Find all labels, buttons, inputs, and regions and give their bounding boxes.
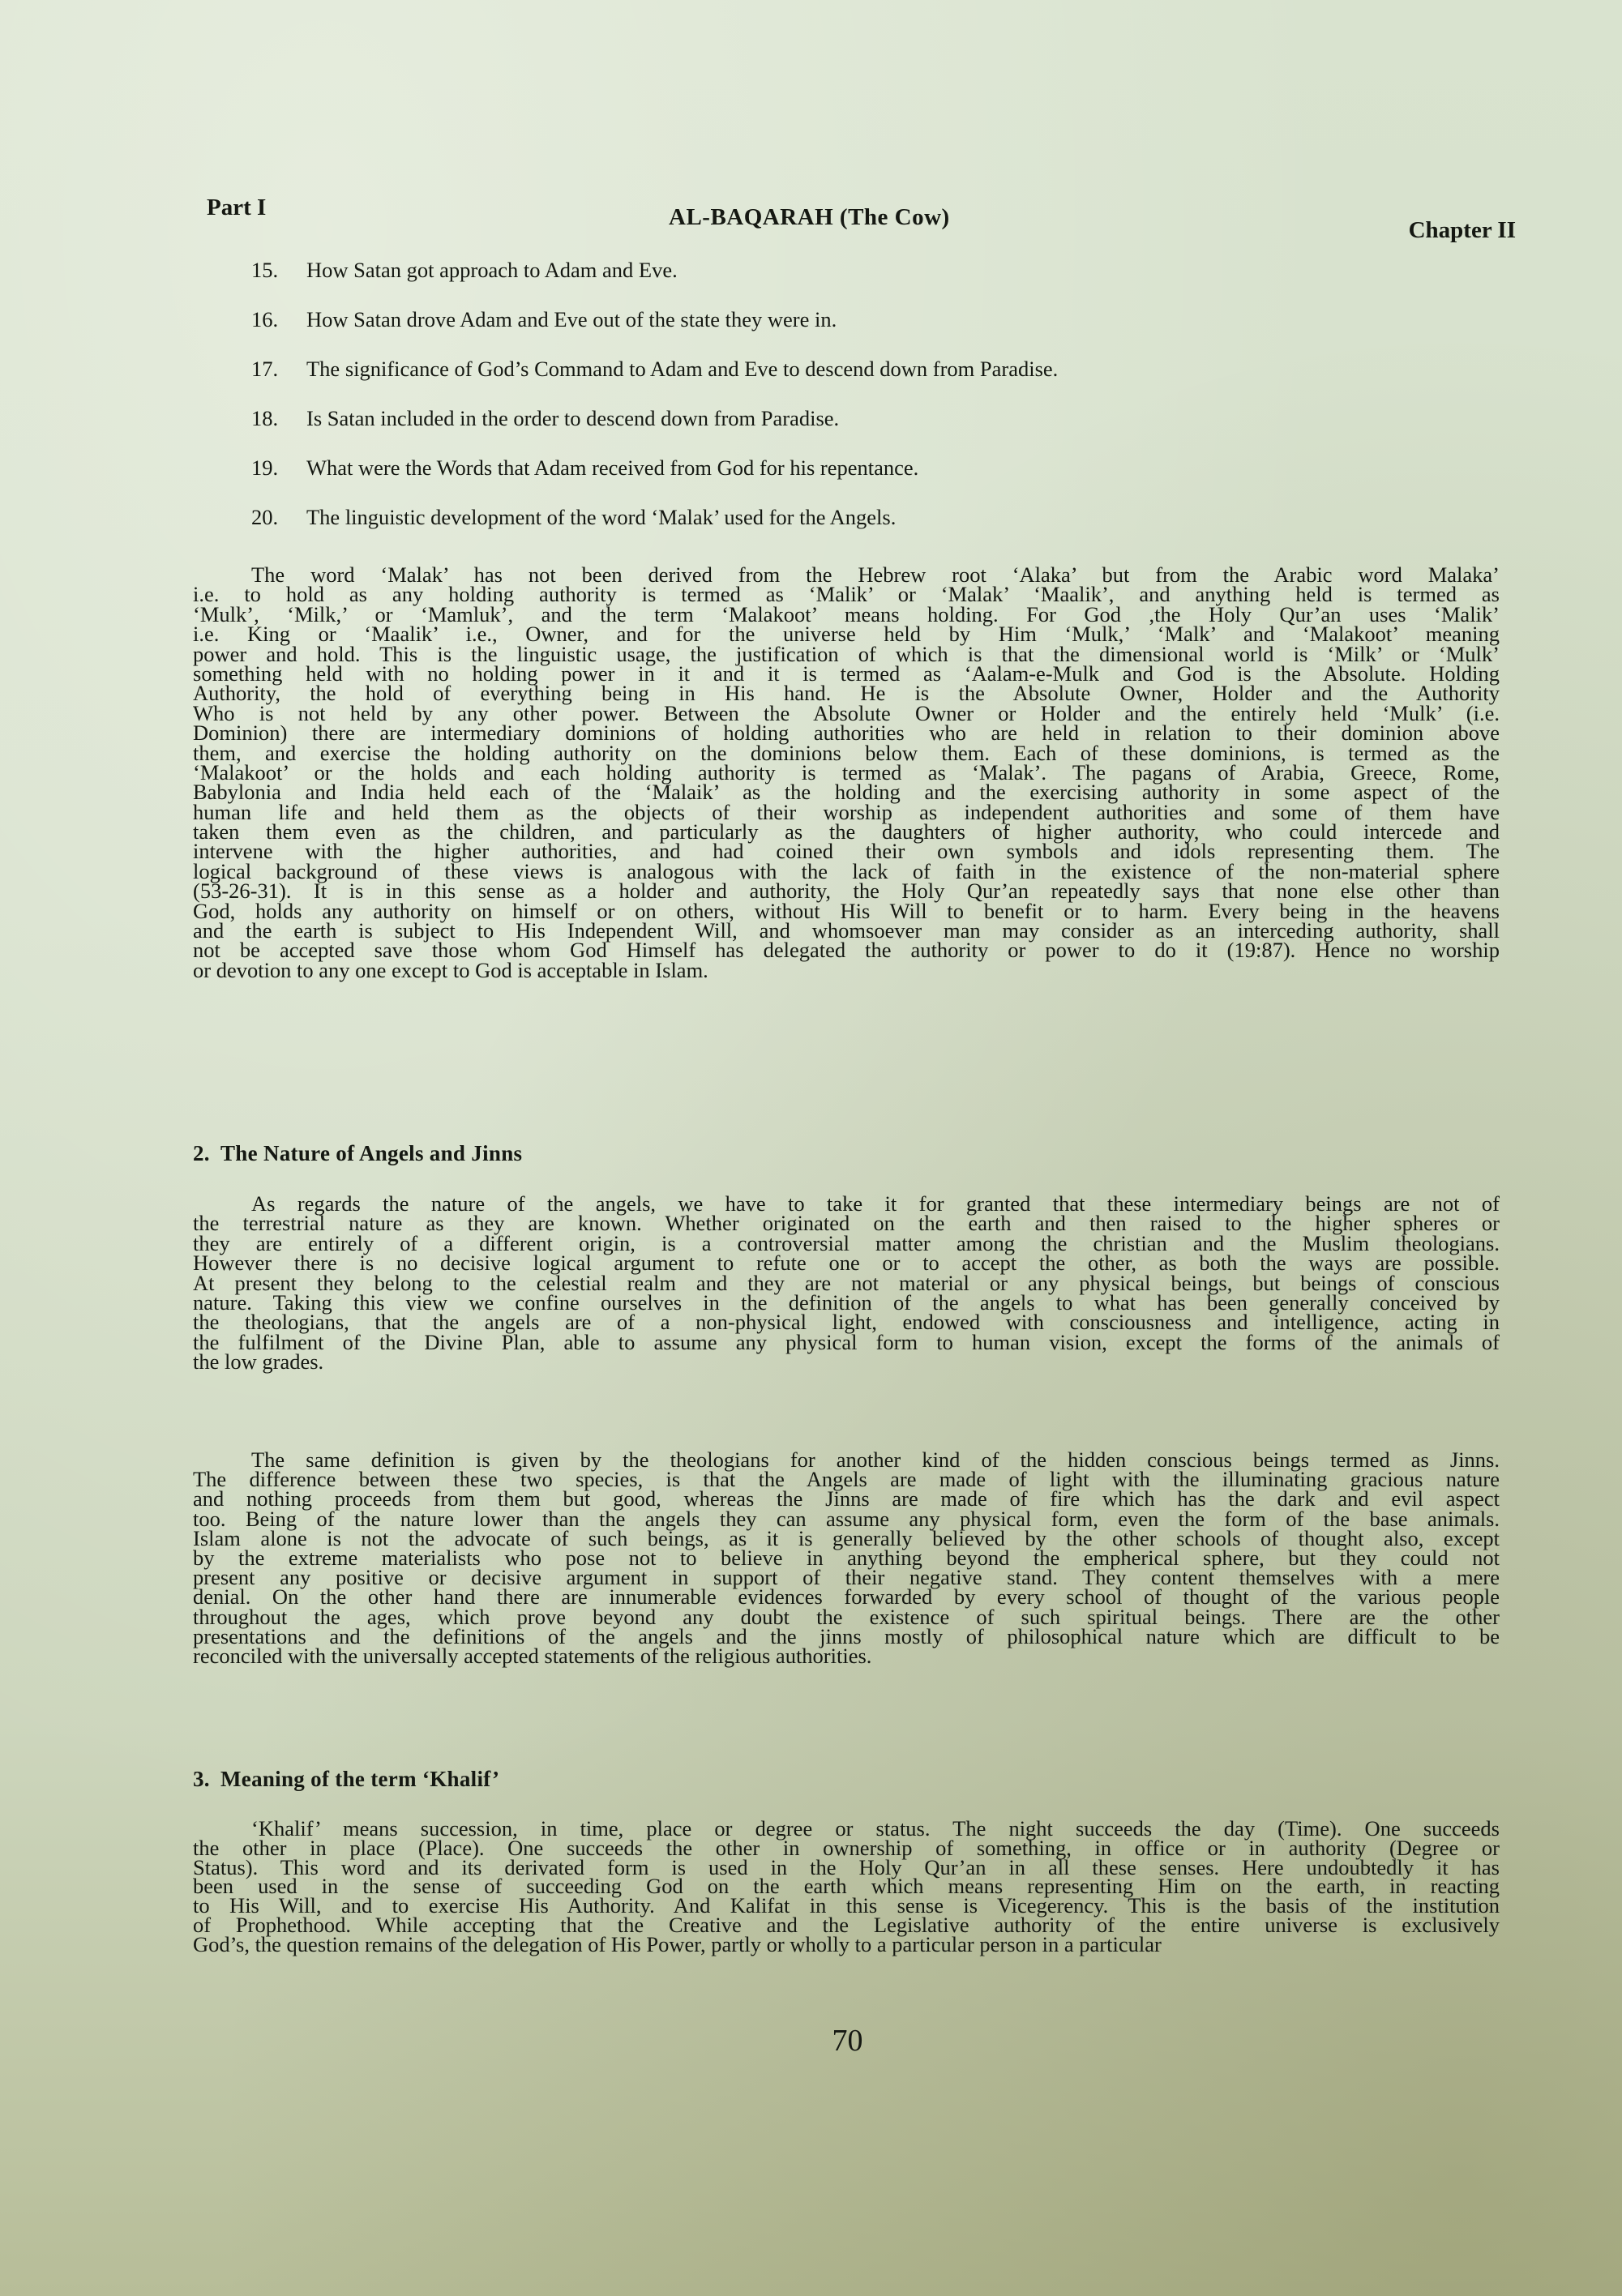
- paragraph-jinns: The same definition is given by the theo…: [193, 1450, 1500, 1665]
- item-text: The significance of God’s Command to Ada…: [306, 357, 1058, 382]
- chapter-label: Chapter II: [1409, 217, 1516, 244]
- section-number: 3.: [193, 1767, 220, 1792]
- item-text: Is Satan included in the order to descen…: [306, 406, 839, 431]
- running-head: Part I AL-BAQARAH (The Cow) Chapter II: [207, 195, 1516, 243]
- text-line: However there is no decisive logical arg…: [193, 1253, 1500, 1272]
- section-heading-khalif: 3.Meaning of the term ‘Khalif’: [193, 1767, 499, 1792]
- text-line: Dominion) there are intermediary dominio…: [193, 723, 1500, 742]
- list-item: 18.Is Satan included in the order to des…: [251, 406, 1467, 455]
- surah-title: AL-BAQARAH (The Cow): [669, 204, 950, 231]
- text-line: God’s, the question remains of the deleg…: [193, 1935, 1500, 1955]
- page-number: 70: [0, 2023, 1622, 2059]
- text-line: (53-26-31). It is in this sense as a hol…: [193, 881, 1500, 900]
- item-text: What were the Words that Adam received f…: [306, 455, 918, 481]
- section-title: The Nature of Angels and Jinns: [220, 1141, 522, 1165]
- text-line: or devotion to any one except to God is …: [193, 960, 1500, 980]
- section-heading-angels-jinns: 2.The Nature of Angels and Jinns: [193, 1141, 522, 1166]
- list-item: 15.How Satan got approach to Adam and Ev…: [251, 258, 1467, 307]
- list-item: 20.The linguistic development of the wor…: [251, 505, 1467, 554]
- section-title: Meaning of the term ‘Khalif’: [220, 1767, 499, 1791]
- paragraph-angels: As regards the nature of the angels, we …: [193, 1194, 1500, 1372]
- item-number: 15.: [251, 258, 306, 283]
- part-label: Part I: [207, 195, 266, 221]
- item-text: How Satan got approach to Adam and Eve.: [306, 258, 678, 283]
- paragraph-malak: The word ‘Malak’ has not been derived fr…: [193, 565, 1500, 980]
- item-text: How Satan drove Adam and Eve out of the …: [306, 307, 837, 332]
- item-number: 18.: [251, 406, 306, 431]
- topic-list: 15.How Satan got approach to Adam and Ev…: [251, 258, 1467, 554]
- item-number: 16.: [251, 307, 306, 332]
- item-number: 17.: [251, 357, 306, 382]
- item-number: 19.: [251, 455, 306, 481]
- text-line: the fulfilment of the Divine Plan, able …: [193, 1332, 1500, 1352]
- text-line: denial. On the other hand there are innu…: [193, 1587, 1500, 1606]
- paragraph-khalif: ‘Khalif’ means succession, in time, plac…: [193, 1819, 1500, 1955]
- text-line: reconciled with the universally accepted…: [193, 1646, 1500, 1665]
- list-item: 19.What were the Words that Adam receive…: [251, 455, 1467, 505]
- section-number: 2.: [193, 1141, 220, 1166]
- book-page: Part I AL-BAQARAH (The Cow) Chapter II 1…: [0, 0, 1622, 2296]
- item-number: 20.: [251, 505, 306, 530]
- text-line: i.e. King or ‘Maalik’ i.e., Owner, and f…: [193, 624, 1500, 643]
- list-item: 17.The significance of God’s Command to …: [251, 357, 1467, 406]
- text-line: the low grades.: [193, 1352, 1500, 1371]
- list-item: 16.How Satan drove Adam and Eve out of t…: [251, 307, 1467, 357]
- item-text: The linguistic development of the word ‘…: [306, 505, 896, 530]
- text-line: and nothing proceeds from them but good,…: [193, 1489, 1500, 1508]
